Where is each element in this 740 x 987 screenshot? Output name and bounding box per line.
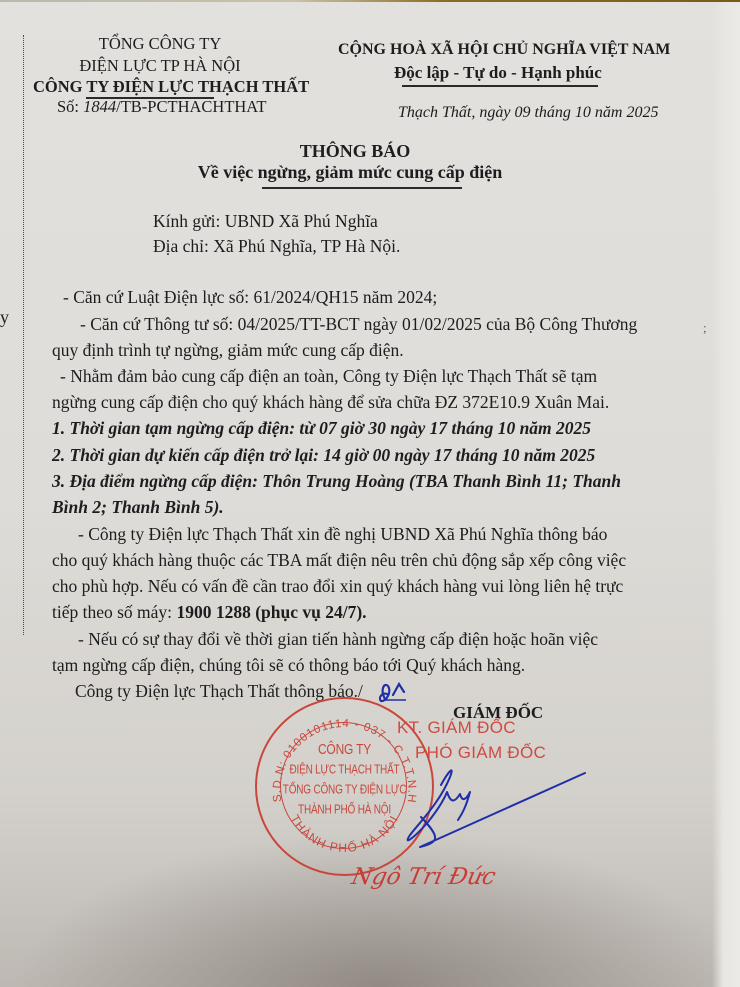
document-page: y ; TỔNG CÔNG TY ĐIỆN LỰC TP HÀ NỘI CÔNG… xyxy=(0,2,740,987)
handwritten-signature xyxy=(0,2,740,987)
signer-name: Ngô Trí Đức xyxy=(349,864,498,890)
